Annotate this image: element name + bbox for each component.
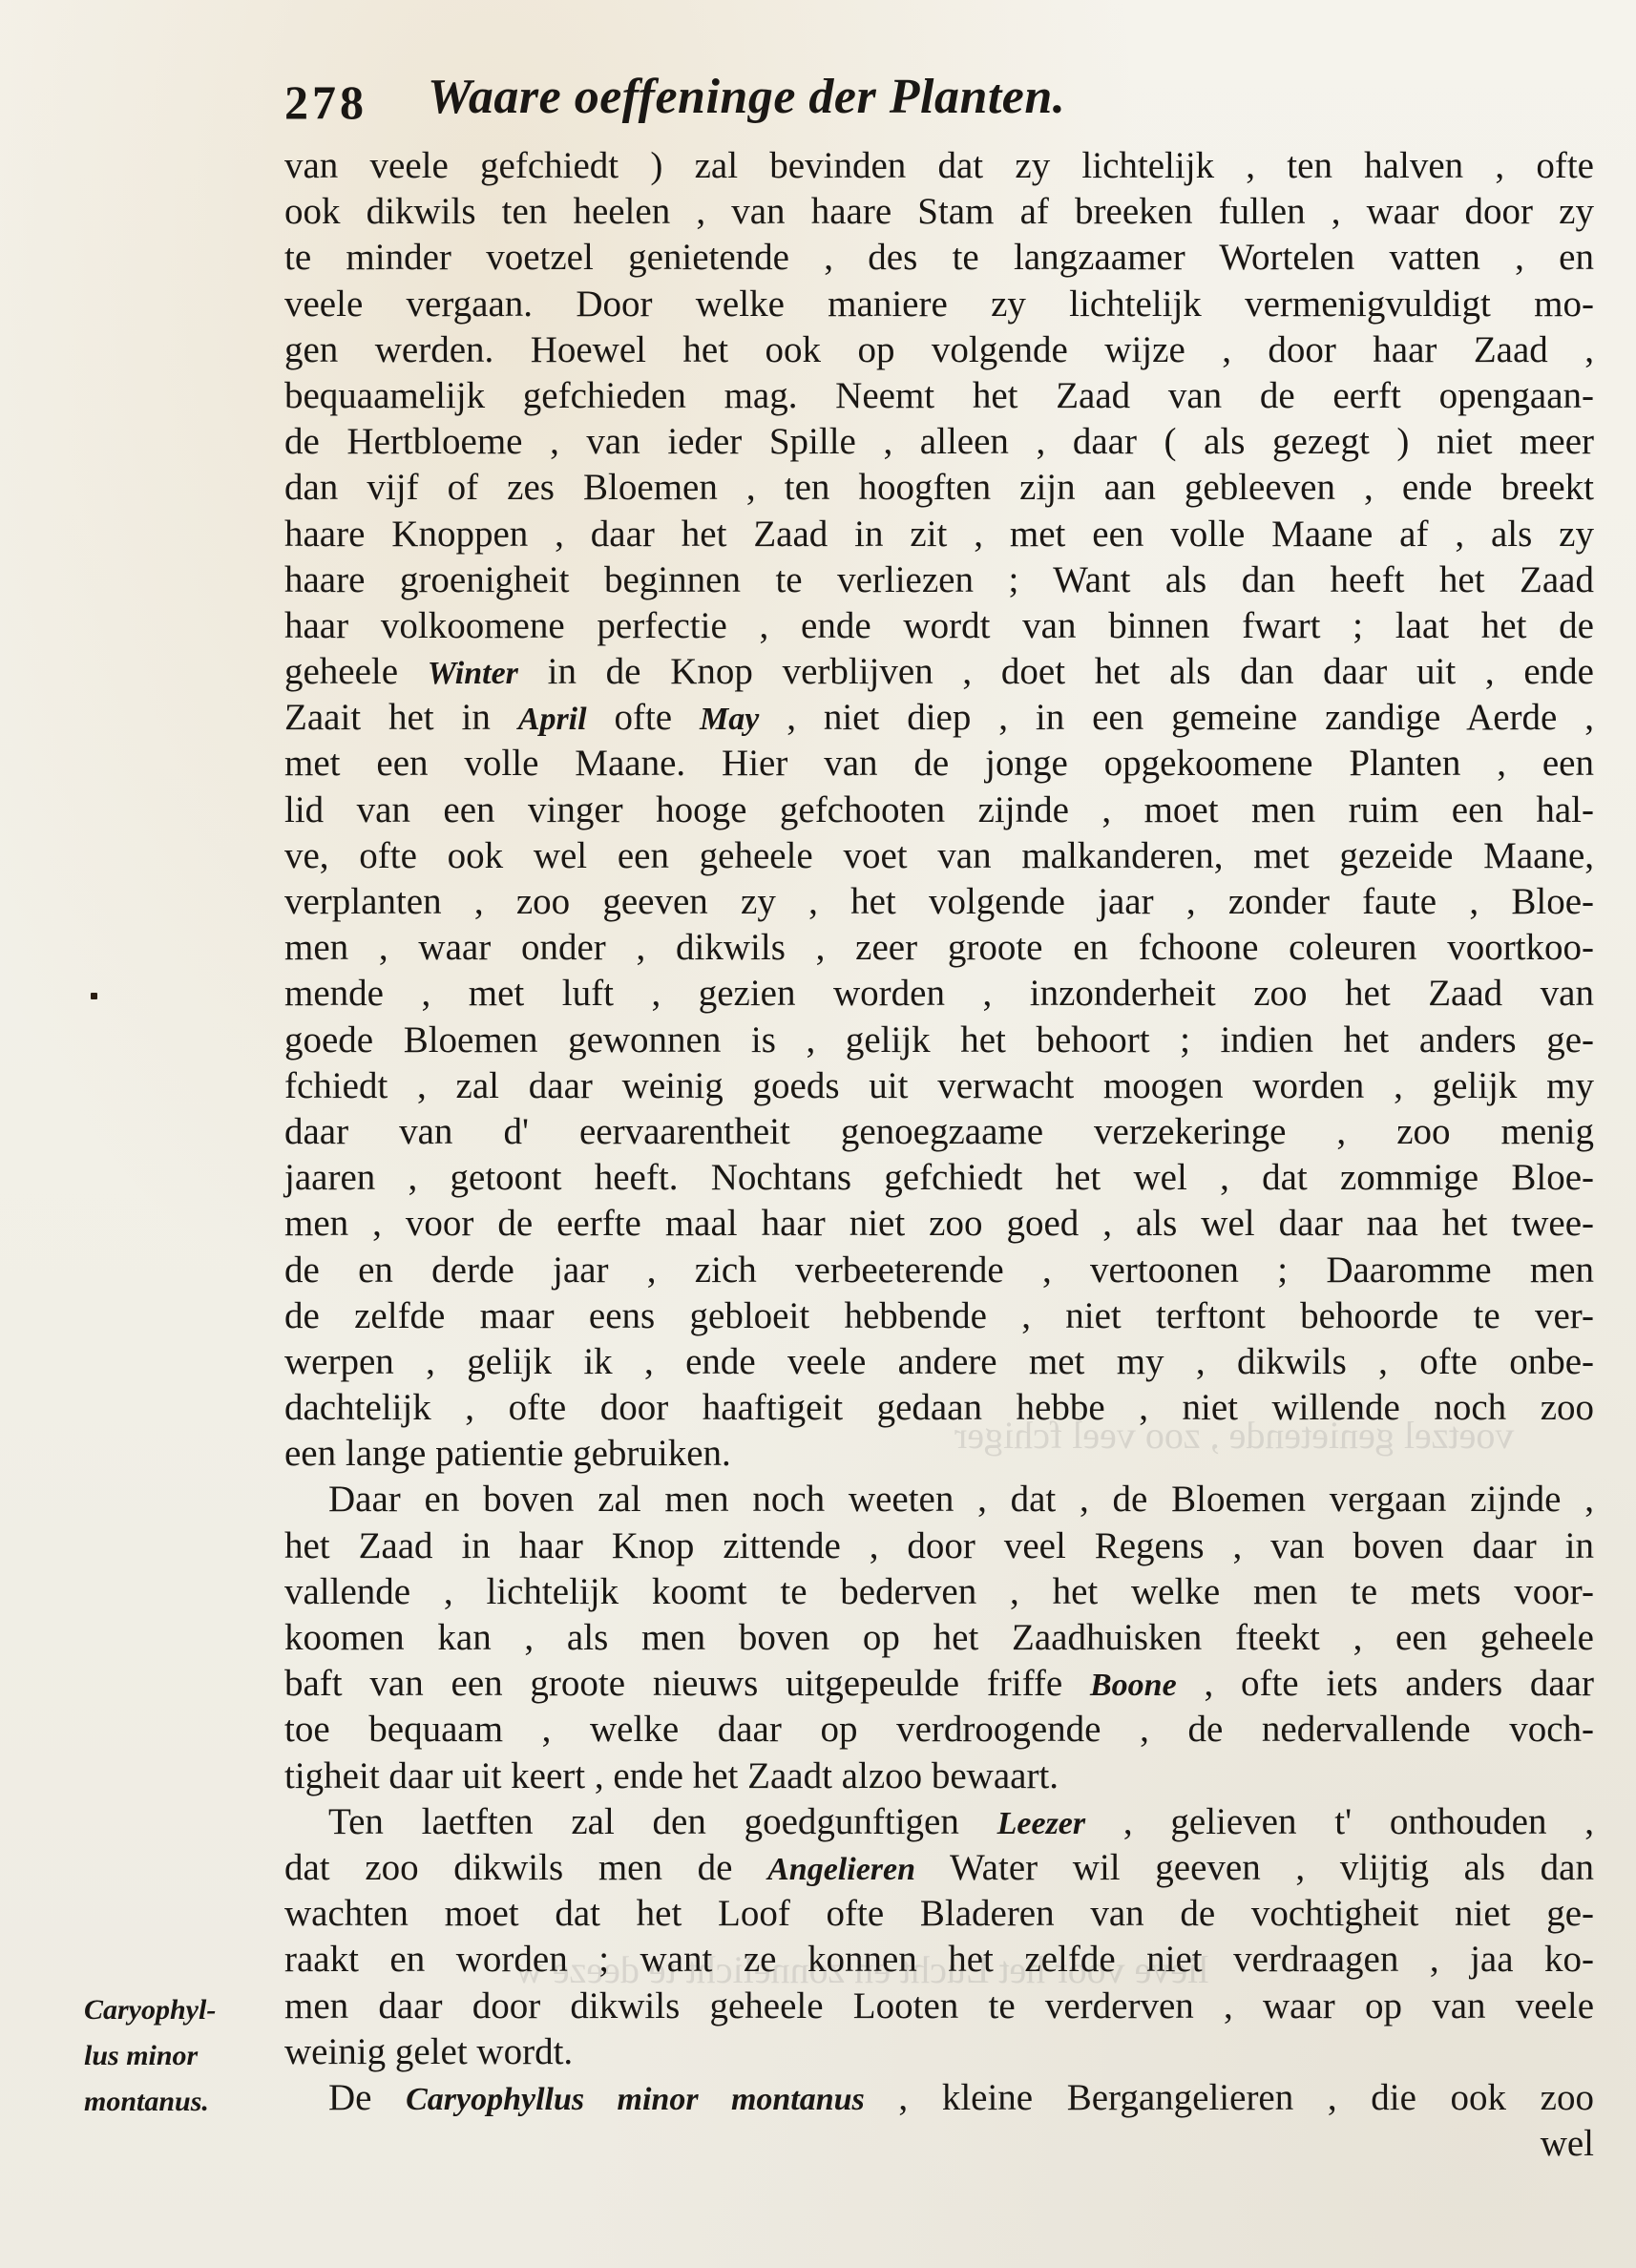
italic-term: Caryophyllus minor montanus xyxy=(406,2082,865,2117)
text-run: Water wil geeven , vlijtig als dan xyxy=(915,1847,1594,1888)
text-run: raakt en worden ; want ze konnen het zel… xyxy=(284,1939,1594,1980)
text-run: mende , met luft , gezien worden , inzon… xyxy=(284,973,1594,1014)
text-line: Daar en boven zal men noch weeten , dat … xyxy=(284,1477,1594,1522)
text-line: goede Bloemen gewonnen is , gelijk het b… xyxy=(284,1018,1594,1063)
text-line: daar van d' eervaarentheit genoegzaame v… xyxy=(284,1109,1594,1155)
text-run: jaaren , getoont heeft. Nochtans gefchie… xyxy=(284,1157,1594,1198)
text-line: toe bequaam , welke daar op verdroogende… xyxy=(284,1707,1594,1753)
margin-mark xyxy=(91,993,97,999)
italic-term: Leezer xyxy=(997,1806,1086,1841)
text-line: ve, ofte ook wel een geheele voet van ma… xyxy=(284,833,1594,879)
text-run: men daar door dikwils geheele Looten te … xyxy=(284,1985,1594,2026)
text-line: De Caryophyllus minor montanus , kleine … xyxy=(284,2075,1594,2121)
italic-term: Winter xyxy=(428,656,518,691)
text-run: geheele xyxy=(284,651,428,692)
text-line: weinig gelet wordt. xyxy=(284,2029,1594,2075)
text-line: werpen , gelijk ik , ende veele andere m… xyxy=(284,1339,1594,1385)
text-run: men , voor de eerfte maal haar niet zoo … xyxy=(284,1203,1594,1244)
text-run: lid van een vinger hooge gefchooten zijn… xyxy=(284,789,1594,830)
text-run: van veele gefchiedt ) zal bevinden dat z… xyxy=(284,145,1594,186)
text-run: wachten moet dat het Loof ofte Bladeren … xyxy=(284,1893,1594,1934)
italic-term: Boone xyxy=(1090,1668,1177,1703)
running-head: 278 Waare oeffeninge der Planten. xyxy=(284,69,1353,136)
text-run: ook dikwils ten heelen , van haare Stam … xyxy=(284,191,1594,232)
text-line: vallende , lichtelijk koomt te bederven … xyxy=(284,1569,1594,1615)
text-line: dachtelijk , ofte door haaftigeit gedaan… xyxy=(284,1385,1594,1431)
text-line: de Hertbloeme , van ieder Spille , allee… xyxy=(284,419,1594,465)
text-run: , ofte iets anders daar xyxy=(1177,1663,1594,1704)
text-run: Ten laetften zal den goedgunftigen xyxy=(328,1801,997,1842)
italic-term: Angelieren xyxy=(767,1852,915,1887)
body-text: van veele gefchiedt ) zal bevinden dat z… xyxy=(284,143,1594,2167)
text-run: gen werden. Hoewel het ook op volgende w… xyxy=(284,329,1594,370)
text-line: dan vijf of zes Bloemen , ten hoogften z… xyxy=(284,465,1594,511)
text-run: verplanten , zoo geeven zy , het volgend… xyxy=(284,881,1594,922)
text-run: baft van een groote nieuws uitgepeulde f… xyxy=(284,1663,1090,1704)
text-run: een lange patientie gebruiken. xyxy=(284,1433,731,1474)
text-line: raakt en worden ; want ze konnen het zel… xyxy=(284,1937,1594,1983)
text-line: de en derde jaar , zich verbeeterende , … xyxy=(284,1248,1594,1293)
italic-term: April xyxy=(518,702,587,737)
text-run: wel xyxy=(1541,2123,1594,2164)
text-line: geheele Winter in de Knop verblijven , d… xyxy=(284,649,1594,695)
page-number: 278 xyxy=(284,74,367,130)
text-run: ofte xyxy=(587,697,700,738)
text-line: het Zaad in haar Knop zittende , door ve… xyxy=(284,1523,1594,1569)
text-run: de en derde jaar , zich verbeeterende , … xyxy=(284,1249,1594,1291)
text-run: , kleine Bergangelieren , die ook zoo xyxy=(865,2077,1594,2118)
text-line: lid van een vinger hooge gefchooten zijn… xyxy=(284,787,1594,833)
margin-note-line: lus minor xyxy=(84,2033,275,2079)
text-line: van veele gefchiedt ) zal bevinden dat z… xyxy=(284,143,1594,189)
text-line: mende , met luft , gezien worden , inzon… xyxy=(284,971,1594,1017)
text-line: verplanten , zoo geeven zy , het volgend… xyxy=(284,879,1594,925)
text-run: , niet diep , in een gemeine zandige Aer… xyxy=(759,697,1594,738)
text-line: men , waar onder , dikwils , zeer groote… xyxy=(284,925,1594,971)
text-line: gen werden. Hoewel het ook op volgende w… xyxy=(284,327,1594,373)
text-line: wel xyxy=(284,2121,1594,2167)
text-line: een lange patientie gebruiken. xyxy=(284,1431,1594,1477)
text-line: koomen kan , als men boven op het Zaadhu… xyxy=(284,1615,1594,1661)
text-line: jaaren , getoont heeft. Nochtans gefchie… xyxy=(284,1155,1594,1201)
text-run: daar van d' eervaarentheit genoegzaame v… xyxy=(284,1111,1594,1152)
text-run: , gelieven t' onthouden , xyxy=(1085,1801,1594,1842)
text-line: te minder voetzel genietende , des te la… xyxy=(284,235,1594,281)
text-run: bequaamelijk gefchieden mag. Neemt het Z… xyxy=(284,375,1594,416)
text-run: men , waar onder , dikwils , zeer groote… xyxy=(284,927,1594,968)
text-line: fchiedt , zal daar weinig goeds uit verw… xyxy=(284,1063,1594,1109)
text-run: in de Knop verblijven , doet het als dan… xyxy=(518,651,1594,692)
text-line: men , voor de eerfte maal haar niet zoo … xyxy=(284,1201,1594,1247)
text-line: ook dikwils ten heelen , van haare Stam … xyxy=(284,189,1594,235)
text-line: men daar door dikwils geheele Looten te … xyxy=(284,1984,1594,2029)
text-line: bequaamelijk gefchieden mag. Neemt het Z… xyxy=(284,373,1594,419)
text-run: dachtelijk , ofte door haaftigeit gedaan… xyxy=(284,1387,1594,1428)
text-line: met een volle Maane. Hier van de jonge o… xyxy=(284,741,1594,787)
text-line: veele vergaan. Door welke maniere zy lic… xyxy=(284,282,1594,327)
italic-term: May xyxy=(700,702,759,737)
text-run: de Hertbloeme , van ieder Spille , allee… xyxy=(284,421,1594,462)
text-line: haare Knoppen , daar het Zaad in zit , m… xyxy=(284,512,1594,557)
text-run: goede Bloemen gewonnen is , gelijk het b… xyxy=(284,1019,1594,1060)
text-line: tigheit daar uit keert , ende het Zaadt … xyxy=(284,1753,1594,1799)
text-run: tigheit daar uit keert , ende het Zaadt … xyxy=(284,1755,1059,1796)
text-run: koomen kan , als men boven op het Zaadhu… xyxy=(284,1617,1594,1658)
text-run: Zaait het in xyxy=(284,697,518,738)
text-line: haar volkoomene perfectie , ende wordt v… xyxy=(284,603,1594,649)
text-run: haar volkoomene perfectie , ende wordt v… xyxy=(284,605,1594,646)
margin-note-line: Caryophyl- xyxy=(84,1987,275,2033)
text-run: veele vergaan. Door welke maniere zy lic… xyxy=(284,283,1594,325)
text-run: fchiedt , zal daar weinig goeds uit verw… xyxy=(284,1065,1594,1106)
text-run: de zelfde maar eens gebloeit hebbende , … xyxy=(284,1295,1594,1336)
text-run: De xyxy=(328,2077,406,2118)
text-run: ve, ofte ook wel een geheele voet van ma… xyxy=(284,835,1594,876)
margin-note-line: montanus. xyxy=(84,2079,275,2125)
running-title: Waare oeffeninge der Planten. xyxy=(428,69,1065,125)
text-run: het Zaad in haar Knop zittende , door ve… xyxy=(284,1525,1594,1566)
text-run: te minder voetzel genietende , des te la… xyxy=(284,237,1594,278)
text-line: baft van een groote nieuws uitgepeulde f… xyxy=(284,1661,1594,1707)
margin-note: Caryophyl- lus minor montanus. xyxy=(84,1987,275,2125)
text-run: haare Knoppen , daar het Zaad in zit , m… xyxy=(284,514,1594,555)
text-line: Ten laetften zal den goedgunftigen Leeze… xyxy=(284,1799,1594,1845)
text-run: met een volle Maane. Hier van de jonge o… xyxy=(284,743,1594,784)
text-line: wachten moet dat het Loof ofte Bladeren … xyxy=(284,1891,1594,1937)
text-line: Zaait het in April ofte May , niet diep … xyxy=(284,695,1594,741)
text-line: haare groenigheit beginnen te verliezen … xyxy=(284,557,1594,603)
text-run: dat zoo dikwils men de xyxy=(284,1847,767,1888)
text-run: weinig gelet wordt. xyxy=(284,2031,573,2072)
text-run: Daar en boven zal men noch weeten , dat … xyxy=(328,1479,1594,1520)
text-run: dan vijf of zes Bloemen , ten hoogften z… xyxy=(284,467,1594,508)
text-run: vallende , lichtelijk koomt te bederven … xyxy=(284,1571,1594,1612)
text-run: toe bequaam , welke daar op verdroogende… xyxy=(284,1709,1594,1750)
text-run: werpen , gelijk ik , ende veele andere m… xyxy=(284,1341,1594,1382)
text-line: de zelfde maar eens gebloeit hebbende , … xyxy=(284,1293,1594,1339)
text-run: haare groenigheit beginnen te verliezen … xyxy=(284,559,1594,600)
text-line: dat zoo dikwils men de Angelieren Water … xyxy=(284,1845,1594,1891)
